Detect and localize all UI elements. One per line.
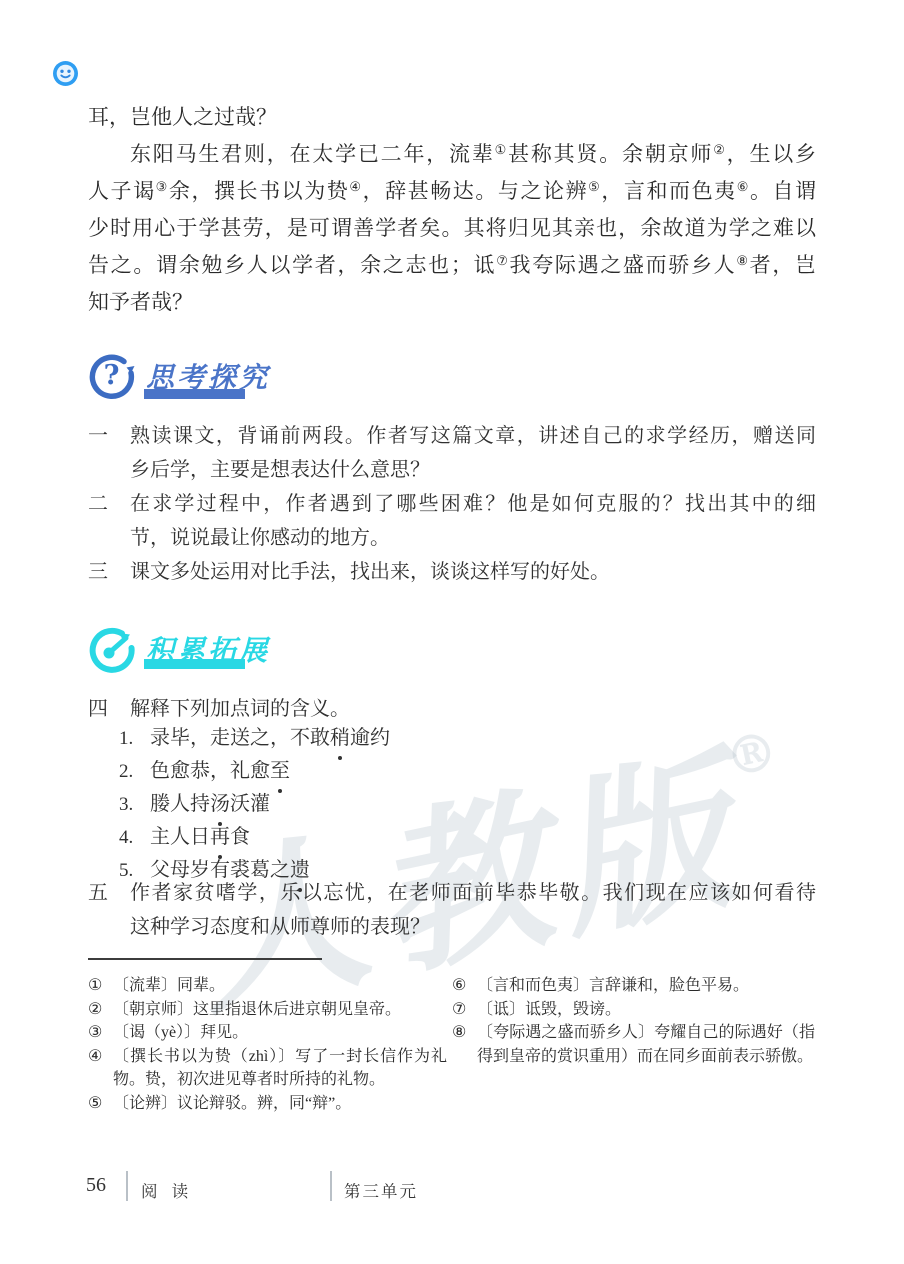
question-number: 一: [88, 419, 130, 453]
item-number: 4.: [119, 821, 150, 854]
registered-trademark-symbol: ®: [720, 719, 784, 789]
text-line: 这种学习态度和从师尊师的表现？: [130, 910, 816, 944]
phrase-pre: 录毕，走送之，不敢: [150, 727, 330, 749]
footnote: ② 〔朝京师〕这里指退休后进京朝见皇帝。: [88, 998, 448, 1022]
text-line: 耳，岂他人之过哉？: [88, 99, 816, 136]
text-line: 作者家贫嗜学，乐以忘忧，在老师面前毕恭毕敬。我们现在应该如何看待: [130, 876, 816, 910]
question-text: 熟读课文，背诵前两段。作者写这篇文章，讲述自己的求学经历，赠送同 乡后学，主要是…: [130, 419, 816, 487]
footnote: ④ 〔撰长书以为贽（zhì）〕写了一封长信作为礼物。贽，初次进见尊者时所持的礼物…: [88, 1045, 448, 1092]
question-number: 二: [88, 487, 130, 521]
dotted-word: 再: [210, 821, 230, 854]
list-item: 3.媵人持汤沃灌: [119, 788, 619, 821]
question-text: 在求学过程中，作者遇到了哪些困难？他是如何克服的？找出其中的细 节，说说最让你感…: [130, 487, 816, 555]
text-line: 少时用心于学甚劳，是可谓善学者矣。其将归见其亲也，余故道为学之难以: [88, 210, 816, 247]
question-text: 作者家贫嗜学，乐以忘忧，在老师面前毕恭毕敬。我们现在应该如何看待 这种学习态度和…: [130, 876, 816, 944]
question-item: 二 在求学过程中，作者遇到了哪些困难？他是如何克服的？找出其中的细 节，说说最让…: [88, 487, 816, 555]
footnote: ⑥ 〔言和而色夷〕言辞谦和，脸色平易。: [452, 974, 820, 998]
textbook-page: 人教版® 耳，岂他人之过哉？ 东阳马生君则，在太学已二年，流辈①甚称其贤。余朝京…: [0, 0, 904, 1264]
footnote-text: 〔流辈〕同辈。: [113, 974, 447, 998]
text-line: 课文多处运用对比手法，找出来，谈谈这样写的好处。: [130, 555, 816, 589]
footer-section-label: 阅 读: [141, 1178, 193, 1202]
question-number: 三: [88, 555, 130, 589]
list-item: 1.录毕，走送之，不敢稍逾约: [119, 722, 619, 755]
dotted-word: 稍: [330, 722, 350, 755]
item-number: 3.: [119, 788, 150, 821]
dotted-word: 至: [270, 755, 290, 788]
footnote-text: 〔言和而色夷〕言辞谦和，脸色平易。: [477, 974, 815, 998]
text-line: 在求学过程中，作者遇到了哪些困难？他是如何克服的？找出其中的细: [130, 487, 816, 521]
footnote-number: ①: [88, 974, 113, 998]
list-item: 4.主人日再食: [119, 821, 619, 854]
item-number: 2.: [119, 755, 150, 788]
footnote-text: 〔撰长书以为贽（zhì）〕写了一封长信作为礼物。贽，初次进见尊者时所持的礼物。: [113, 1045, 447, 1092]
question-item: 三 课文多处运用对比手法，找出来，谈谈这样写的好处。: [88, 555, 816, 589]
question-text: 解释下列加点词的含义。: [130, 692, 816, 726]
word-explanation-list: 1.录毕，走送之，不敢稍逾约 2.色愈恭，礼愈至 3.媵人持汤沃灌 4.主人日再…: [119, 722, 619, 887]
footnote-separator: [88, 958, 322, 960]
smiley-face-icon: [52, 60, 79, 87]
question-number: 四: [88, 692, 130, 726]
list-item: 2.色愈恭，礼愈至: [119, 755, 619, 788]
question-item: 一 熟读课文，背诵前两段。作者写这篇文章，讲述自己的求学经历，赠送同 乡后学，主…: [88, 419, 816, 487]
text-line: 知予者哉？: [88, 284, 816, 321]
footnotes-right-column: ⑥ 〔言和而色夷〕言辞谦和，脸色平易。 ⑦ 〔诋〕诋毁，毁谤。 ⑧ 〔夸际遇之盛…: [452, 974, 820, 1068]
footer-unit-label: 第三单元: [344, 1178, 418, 1202]
footnote: ⑦ 〔诋〕诋毁，毁谤。: [452, 998, 820, 1022]
text-line: 节，说说最让你感动的地方。: [130, 521, 816, 555]
footnote-number: ⑤: [88, 1092, 113, 1116]
question-mark-circle-icon: ?: [88, 353, 135, 400]
item-number: 1.: [119, 722, 150, 755]
text-line: 人子谒③余，撰长书以为贽④，辞甚畅达。与之论辨⑤，言和而色夷⑥。自谓: [88, 173, 816, 210]
text-line: 东阳马生君则，在太学已二年，流辈①甚称其贤。余朝京师②，生以乡: [88, 136, 816, 173]
expand-title-underline: [144, 659, 245, 669]
svg-text:?: ?: [104, 360, 120, 391]
footnote-text: 〔朝京师〕这里指退休后进京朝见皇帝。: [113, 998, 447, 1022]
footer-divider: [330, 1171, 332, 1201]
circular-arrow-icon: [88, 626, 135, 673]
footnote: ⑤ 〔论辨〕议论辩驳。辨，同“辩”。: [88, 1092, 448, 1116]
footnote-number: ⑧: [452, 1021, 477, 1045]
footnote-text: 〔夸际遇之盛而骄乡人〕夸耀自己的际遇好（指得到皇帝的赏识重用）而在同乡面前表示骄…: [477, 1021, 815, 1068]
text-line: 告之。谓余勉乡人以学者，余之志也；诋⑦我夸际遇之盛而骄乡人⑧者，岂: [88, 247, 816, 284]
phrase-post: 食: [230, 826, 250, 848]
footnotes-left-column: ① 〔流辈〕同辈。 ② 〔朝京师〕这里指退休后进京朝见皇帝。 ③ 〔谒（yè）〕…: [88, 974, 448, 1115]
footnote: ① 〔流辈〕同辈。: [88, 974, 448, 998]
footnote-number: ②: [88, 998, 113, 1022]
question-text: 课文多处运用对比手法，找出来，谈谈这样写的好处。: [130, 555, 816, 589]
phrase-pre: 媵人持: [150, 793, 210, 815]
lesson-body-text: 耳，岂他人之过哉？ 东阳马生君则，在太学已二年，流辈①甚称其贤。余朝京师②，生以…: [88, 99, 816, 321]
footnote-number: ⑦: [452, 998, 477, 1022]
question-number: 五: [88, 876, 130, 910]
footnote-number: ⑥: [452, 974, 477, 998]
phrase-pre: 主人日: [150, 826, 210, 848]
text-line: 乡后学，主要是想表达什么意思？: [130, 453, 816, 487]
phrase-pre: 色愈恭，礼愈: [150, 760, 270, 782]
footnote: ⑧ 〔夸际遇之盛而骄乡人〕夸耀自己的际遇好（指得到皇帝的赏识重用）而在同乡面前表…: [452, 1021, 820, 1068]
think-explore-question-list: 一 熟读课文，背诵前两段。作者写这篇文章，讲述自己的求学经历，赠送同 乡后学，主…: [88, 419, 816, 589]
footnote-text: 〔诋〕诋毁，毁谤。: [477, 998, 815, 1022]
page-number: 56: [86, 1174, 106, 1197]
text-line: 解释下列加点词的含义。: [130, 692, 816, 726]
text-line: 熟读课文，背诵前两段。作者写这篇文章，讲述自己的求学经历，赠送同: [130, 419, 816, 453]
footnote-text: 〔论辨〕议论辩驳。辨，同“辩”。: [113, 1092, 447, 1116]
dotted-word: 汤: [210, 788, 230, 821]
exercise-item-five: 五 作者家贫嗜学，乐以忘忧，在老师面前毕恭毕敬。我们现在应该如何看待 这种学习态…: [88, 876, 816, 944]
phrase-post: 沃灌: [230, 793, 270, 815]
footnote-text: 〔谒（yè）〕拜见。: [113, 1021, 447, 1045]
footer-divider: [126, 1171, 128, 1201]
exercise-item-four: 四 解释下列加点词的含义。: [88, 692, 816, 726]
footnote-number: ④: [88, 1045, 113, 1069]
think-title-underline: [144, 389, 245, 399]
footnote: ③ 〔谒（yè）〕拜见。: [88, 1021, 448, 1045]
phrase-post: 逾约: [350, 727, 390, 749]
footnote-number: ③: [88, 1021, 113, 1045]
